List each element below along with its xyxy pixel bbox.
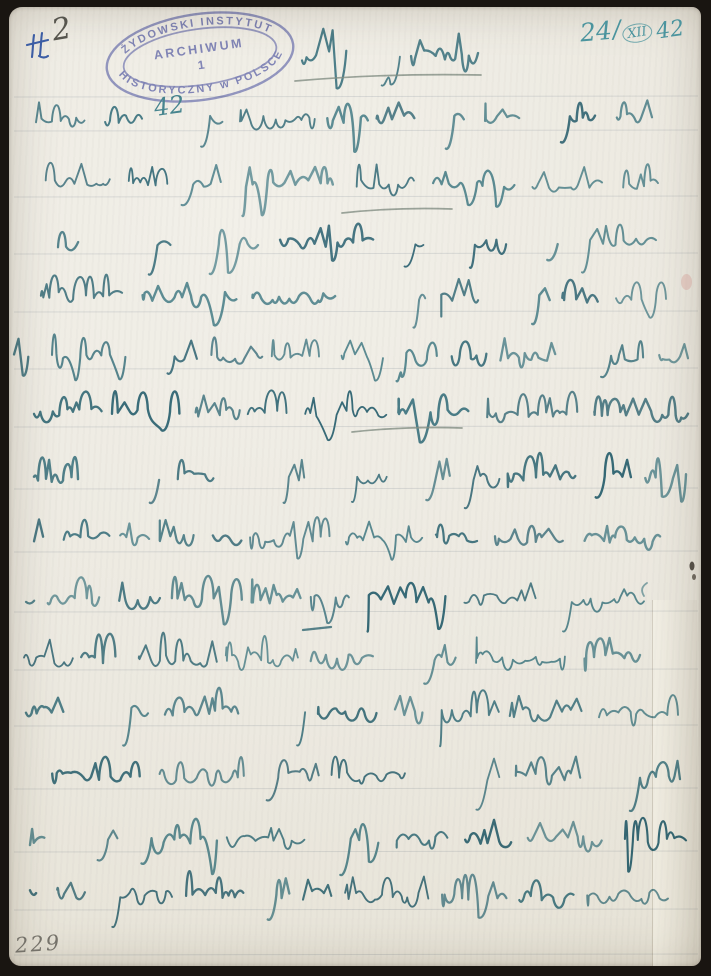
handwriting-word	[227, 828, 305, 849]
handwriting-word	[48, 577, 99, 606]
handwriting-word	[345, 877, 428, 907]
handwriting-word	[26, 601, 34, 604]
handwriting-word	[311, 595, 349, 623]
handwriting-word	[465, 820, 511, 847]
stray-pen-mark	[642, 583, 647, 596]
handwriting-word	[630, 761, 680, 811]
handwriting-word	[464, 583, 535, 605]
handwriting-word	[129, 167, 168, 186]
handwriting-word	[105, 107, 142, 126]
handwriting-word	[119, 583, 160, 609]
handwriting-word	[267, 760, 319, 800]
handwriting-line-4	[41, 275, 666, 328]
handwriting-word	[272, 340, 319, 360]
handwriting-word	[398, 395, 468, 443]
handwriting-word	[585, 638, 640, 671]
handwriting-word	[248, 390, 287, 414]
catalog-page-number: 229	[14, 930, 62, 957]
handwriting-word	[34, 520, 43, 542]
handwriting-layer	[0, 0, 711, 976]
handwriting-word	[98, 831, 118, 861]
handwriting-word	[311, 652, 373, 670]
handwriting-word	[346, 522, 422, 560]
handwriting-word	[377, 103, 415, 124]
handwriting-word	[508, 453, 576, 487]
handwriting-word	[485, 104, 519, 123]
handwriting-word	[41, 275, 122, 302]
ruled-line	[14, 669, 698, 670]
handwriting-word	[601, 341, 643, 377]
handwriting-word	[30, 890, 36, 895]
handwriting-line-12	[52, 757, 680, 811]
handwriting-word	[143, 283, 237, 325]
handwriting-word	[58, 232, 78, 250]
handwriting-line-2	[46, 163, 658, 216]
handwriting-word	[532, 288, 550, 324]
handwriting-word	[120, 523, 149, 545]
handwriting-word	[596, 453, 631, 498]
handwriting-word	[616, 282, 666, 317]
handwriting-word	[487, 392, 577, 422]
handwriting-word	[112, 391, 179, 430]
handwriting-word	[305, 391, 386, 440]
handwriting-line-3	[58, 224, 656, 275]
handwriting-word	[340, 824, 378, 875]
handwriting-word	[149, 241, 171, 274]
handwriting-word	[516, 757, 580, 785]
handwriting-word	[599, 695, 678, 725]
ruled-line	[14, 130, 698, 131]
handwriting-word	[46, 163, 110, 187]
handwriting-word	[510, 696, 582, 721]
handwriting-word	[297, 712, 305, 745]
handwriting-word	[165, 688, 238, 716]
ruled-line	[14, 909, 698, 910]
handwriting-word	[201, 116, 222, 147]
handwriting-word	[397, 832, 448, 849]
handwriting-word	[318, 707, 377, 722]
handwriting-word	[440, 690, 499, 746]
handwriting-word	[465, 466, 500, 508]
handwriting-word	[210, 230, 258, 274]
handwriting-word	[357, 164, 414, 195]
handwriting-word	[52, 335, 125, 381]
handwriting-word	[160, 520, 194, 546]
handwriting-word	[303, 880, 331, 900]
ruled-line	[14, 954, 698, 955]
handwriting-word	[240, 110, 315, 130]
handwriting-word	[196, 396, 240, 420]
handwriting-word	[424, 645, 455, 684]
handwriting-word	[64, 520, 110, 540]
ruled-line	[14, 551, 698, 552]
handwriting-word	[442, 875, 506, 918]
handwriting-word	[186, 871, 243, 898]
ruled-line	[14, 311, 698, 312]
ruled-line	[14, 426, 698, 427]
handwriting-word	[81, 634, 115, 663]
handwriting-word	[34, 457, 78, 483]
handwriting-word	[213, 536, 241, 546]
handwriting-word	[250, 517, 329, 558]
handwriting-word	[495, 526, 563, 545]
handwriting-word	[57, 883, 85, 899]
handwriting-word	[659, 344, 688, 362]
handwriting-word	[405, 244, 424, 266]
handwriting-word	[411, 34, 478, 72]
handwriting-word	[172, 576, 242, 624]
handwriting-word	[139, 633, 217, 667]
handwriting-word	[182, 165, 221, 205]
ruled-line	[14, 196, 698, 197]
handwriting-word	[500, 338, 555, 367]
title-handwriting	[302, 29, 478, 89]
handwriting-word	[532, 167, 602, 192]
handwriting-word	[280, 224, 373, 261]
handwriting-word	[623, 164, 658, 189]
handwriting-word	[587, 890, 668, 906]
handwriting-word	[585, 526, 660, 550]
handwriting-word	[14, 339, 28, 376]
handwriting-word	[563, 589, 644, 631]
manuscript-scan: ŻYDOWSKI INSTYTUT HISTORYCZNY w POLSCE A…	[0, 0, 711, 976]
handwriting-line-6	[34, 390, 688, 442]
handwriting-word	[24, 640, 73, 667]
handwriting-word	[426, 459, 450, 500]
handwriting-word	[617, 100, 652, 122]
handwriting-word	[476, 759, 499, 810]
ruled-line	[14, 788, 698, 789]
handwriting-word	[112, 889, 172, 927]
handwriting-line-5	[14, 335, 688, 382]
handwriting-line-7	[34, 453, 686, 508]
handwriting-word	[446, 114, 464, 149]
handwriting-word	[436, 525, 477, 544]
handwritten-underline	[352, 428, 462, 433]
handwriting-word	[519, 880, 573, 907]
handwriting-word	[36, 102, 85, 126]
handwriting-word	[561, 103, 595, 143]
handwriting-word	[268, 878, 290, 920]
handwriting-word	[226, 636, 298, 670]
handwriting-word	[395, 696, 422, 723]
handwriting-word	[625, 818, 686, 872]
handwriting-word	[34, 392, 102, 423]
handwriting-line-8	[34, 517, 660, 560]
ruled-line	[14, 96, 698, 97]
handwriting-word	[252, 579, 301, 603]
handwriting-word	[382, 57, 400, 86]
handwriting-word	[342, 341, 383, 381]
handwriting-word	[476, 637, 565, 670]
ruled-line	[14, 851, 698, 852]
handwriting-word	[433, 171, 514, 207]
handwriting-word	[397, 343, 437, 382]
speck	[692, 574, 696, 580]
handwriting-line-13	[30, 818, 686, 875]
handwriting-word	[253, 293, 336, 304]
handwriting-word	[142, 819, 217, 874]
handwriting-line-10	[24, 633, 640, 684]
handwriting-line-11	[26, 688, 678, 746]
handwriting-word	[178, 460, 214, 481]
handwriting-line-1	[36, 100, 652, 151]
handwriting-line-9	[26, 576, 644, 632]
handwriting-word	[160, 757, 244, 786]
handwriting-word	[26, 698, 63, 716]
handwriting-word	[327, 104, 368, 152]
handwriting-word	[332, 757, 405, 784]
handwriting-word	[594, 397, 688, 422]
handwriting-line-14	[30, 871, 668, 927]
handwriting-word	[243, 167, 333, 216]
handwriting-word	[211, 337, 262, 363]
handwriting-word	[284, 460, 305, 503]
handwriting-word	[645, 458, 686, 501]
handwriting-word	[52, 757, 140, 783]
ruled-line	[14, 253, 698, 254]
handwriting-word	[562, 280, 597, 303]
handwriting-word	[150, 480, 159, 503]
ruled-line	[14, 725, 698, 726]
handwriting-word	[30, 829, 44, 845]
speck	[690, 562, 695, 571]
handwriting-word	[547, 244, 557, 260]
handwriting-word	[452, 341, 487, 365]
handwritten-underline	[342, 209, 452, 214]
handwriting-word	[368, 583, 446, 632]
handwriting-word	[528, 822, 602, 852]
handwriting-word	[582, 225, 656, 273]
handwritten-dash	[303, 627, 331, 630]
